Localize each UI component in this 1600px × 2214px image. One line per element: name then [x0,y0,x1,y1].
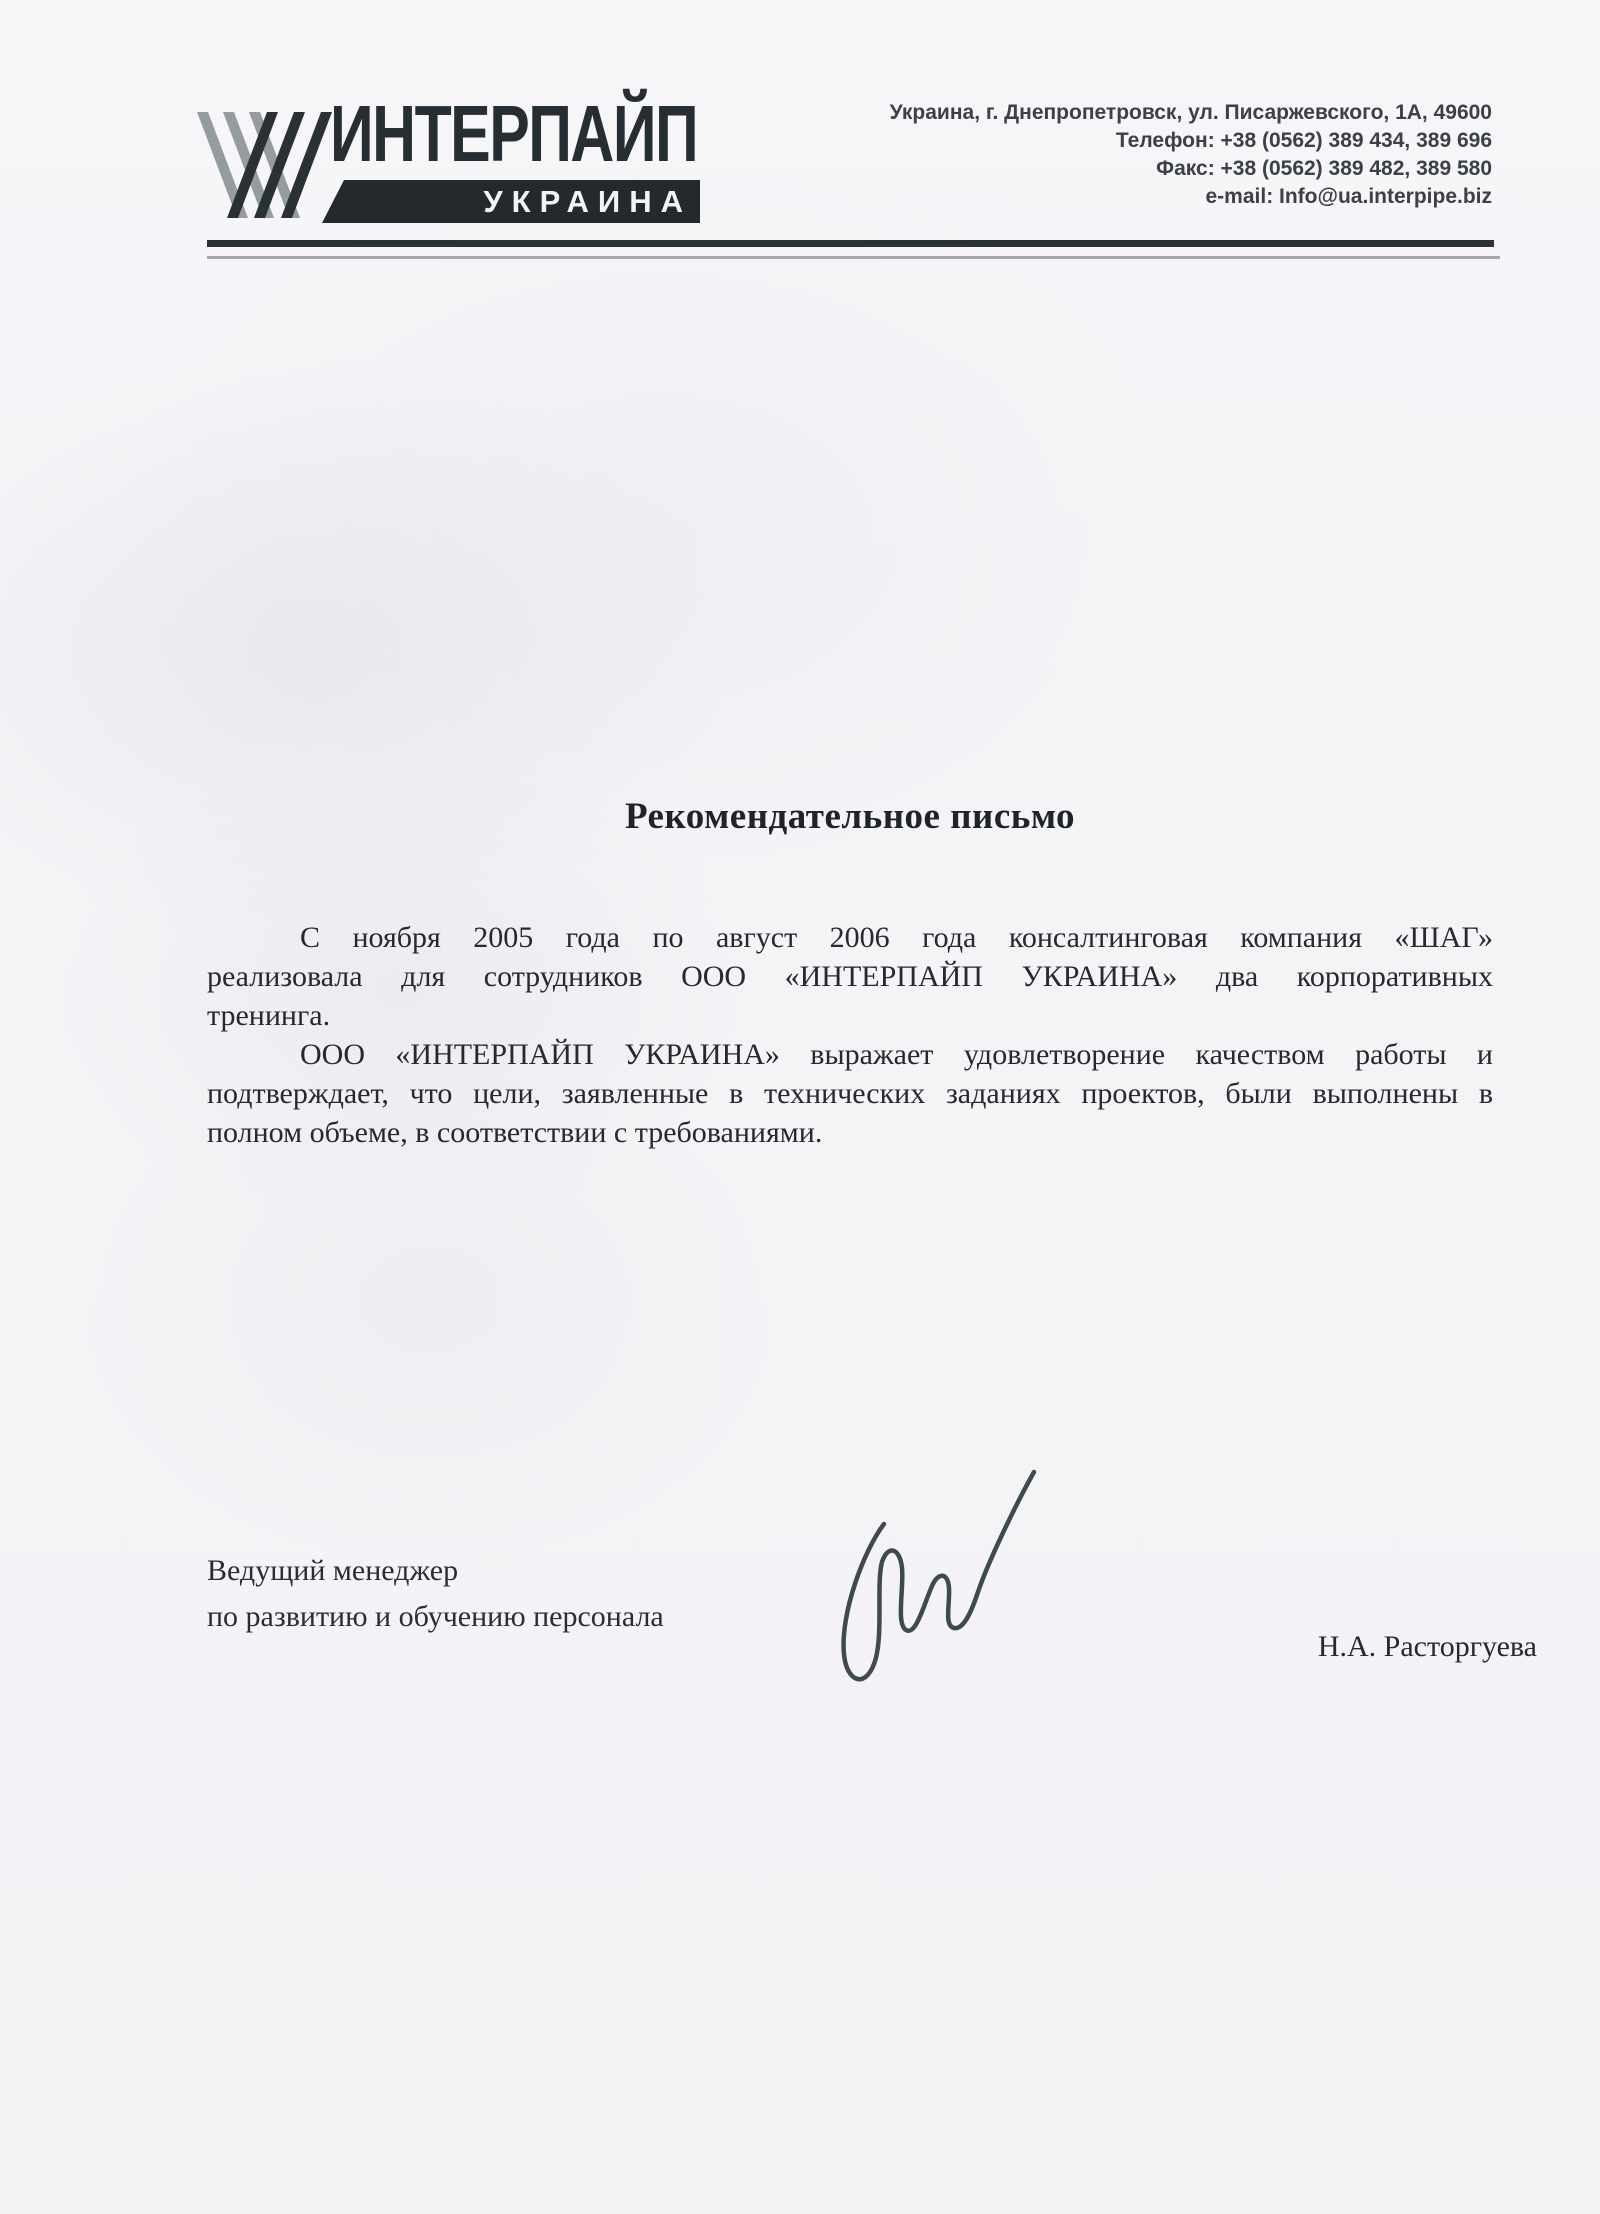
logo-country-bar: УКРАИНА [322,180,700,223]
contact-fax: Факс: +38 (0562) 389 482, 389 580 [890,155,1492,183]
header-contact-block: Украина, г. Днепропетровск, ул. Писаржев… [890,99,1492,211]
body-line: реализовала для сотрудников ООО «ИНТЕРПА… [207,957,1493,996]
letter-body: С ноября 2005 года по август 2006 года к… [207,918,1493,1152]
body-line: полном объеме, в соответствии с требован… [207,1113,1493,1152]
header-rule-thick [207,240,1494,247]
body-line: подтверждает, что цели, заявленные в тех… [207,1074,1493,1113]
paragraph-1: С ноября 2005 года по август 2006 года к… [207,918,1493,1035]
signatory-role-line-1: Ведущий менеджер [207,1548,664,1594]
signatory-role: Ведущий менеджер по развитию и обучению … [207,1548,664,1640]
body-line: С ноября 2005 года по август 2006 года к… [207,918,1493,957]
paragraph-2: ООО «ИНТЕРПАЙП УКРАИНА» выражает удовлет… [207,1035,1493,1152]
letter-title: Рекомендательное письмо [207,795,1493,838]
contact-address: Украина, г. Днепропетровск, ул. Писаржев… [890,99,1492,127]
logo-country-label: УКРАИНА [483,180,692,223]
logo-stripes-icon [197,112,337,218]
contact-email: e-mail: Info@ua.interpipe.biz [890,183,1492,211]
scanned-letter-page: ИНТЕРПАЙП УКРАИНА Украина, г. Днепропетр… [0,0,1600,2214]
body-line: ООО «ИНТЕРПАЙП УКРАИНА» выражает удовлет… [207,1035,1493,1074]
handwritten-signature [836,1462,1046,1712]
contact-phone: Телефон: +38 (0562) 389 434, 389 696 [890,127,1492,155]
signatory-name: Н.А. Расторгуева [207,1630,1537,1664]
body-line: тренинга. [207,996,1493,1035]
header-rule-thin [207,256,1500,259]
logo-wordmark: ИНТЕРПАЙП [330,92,697,176]
